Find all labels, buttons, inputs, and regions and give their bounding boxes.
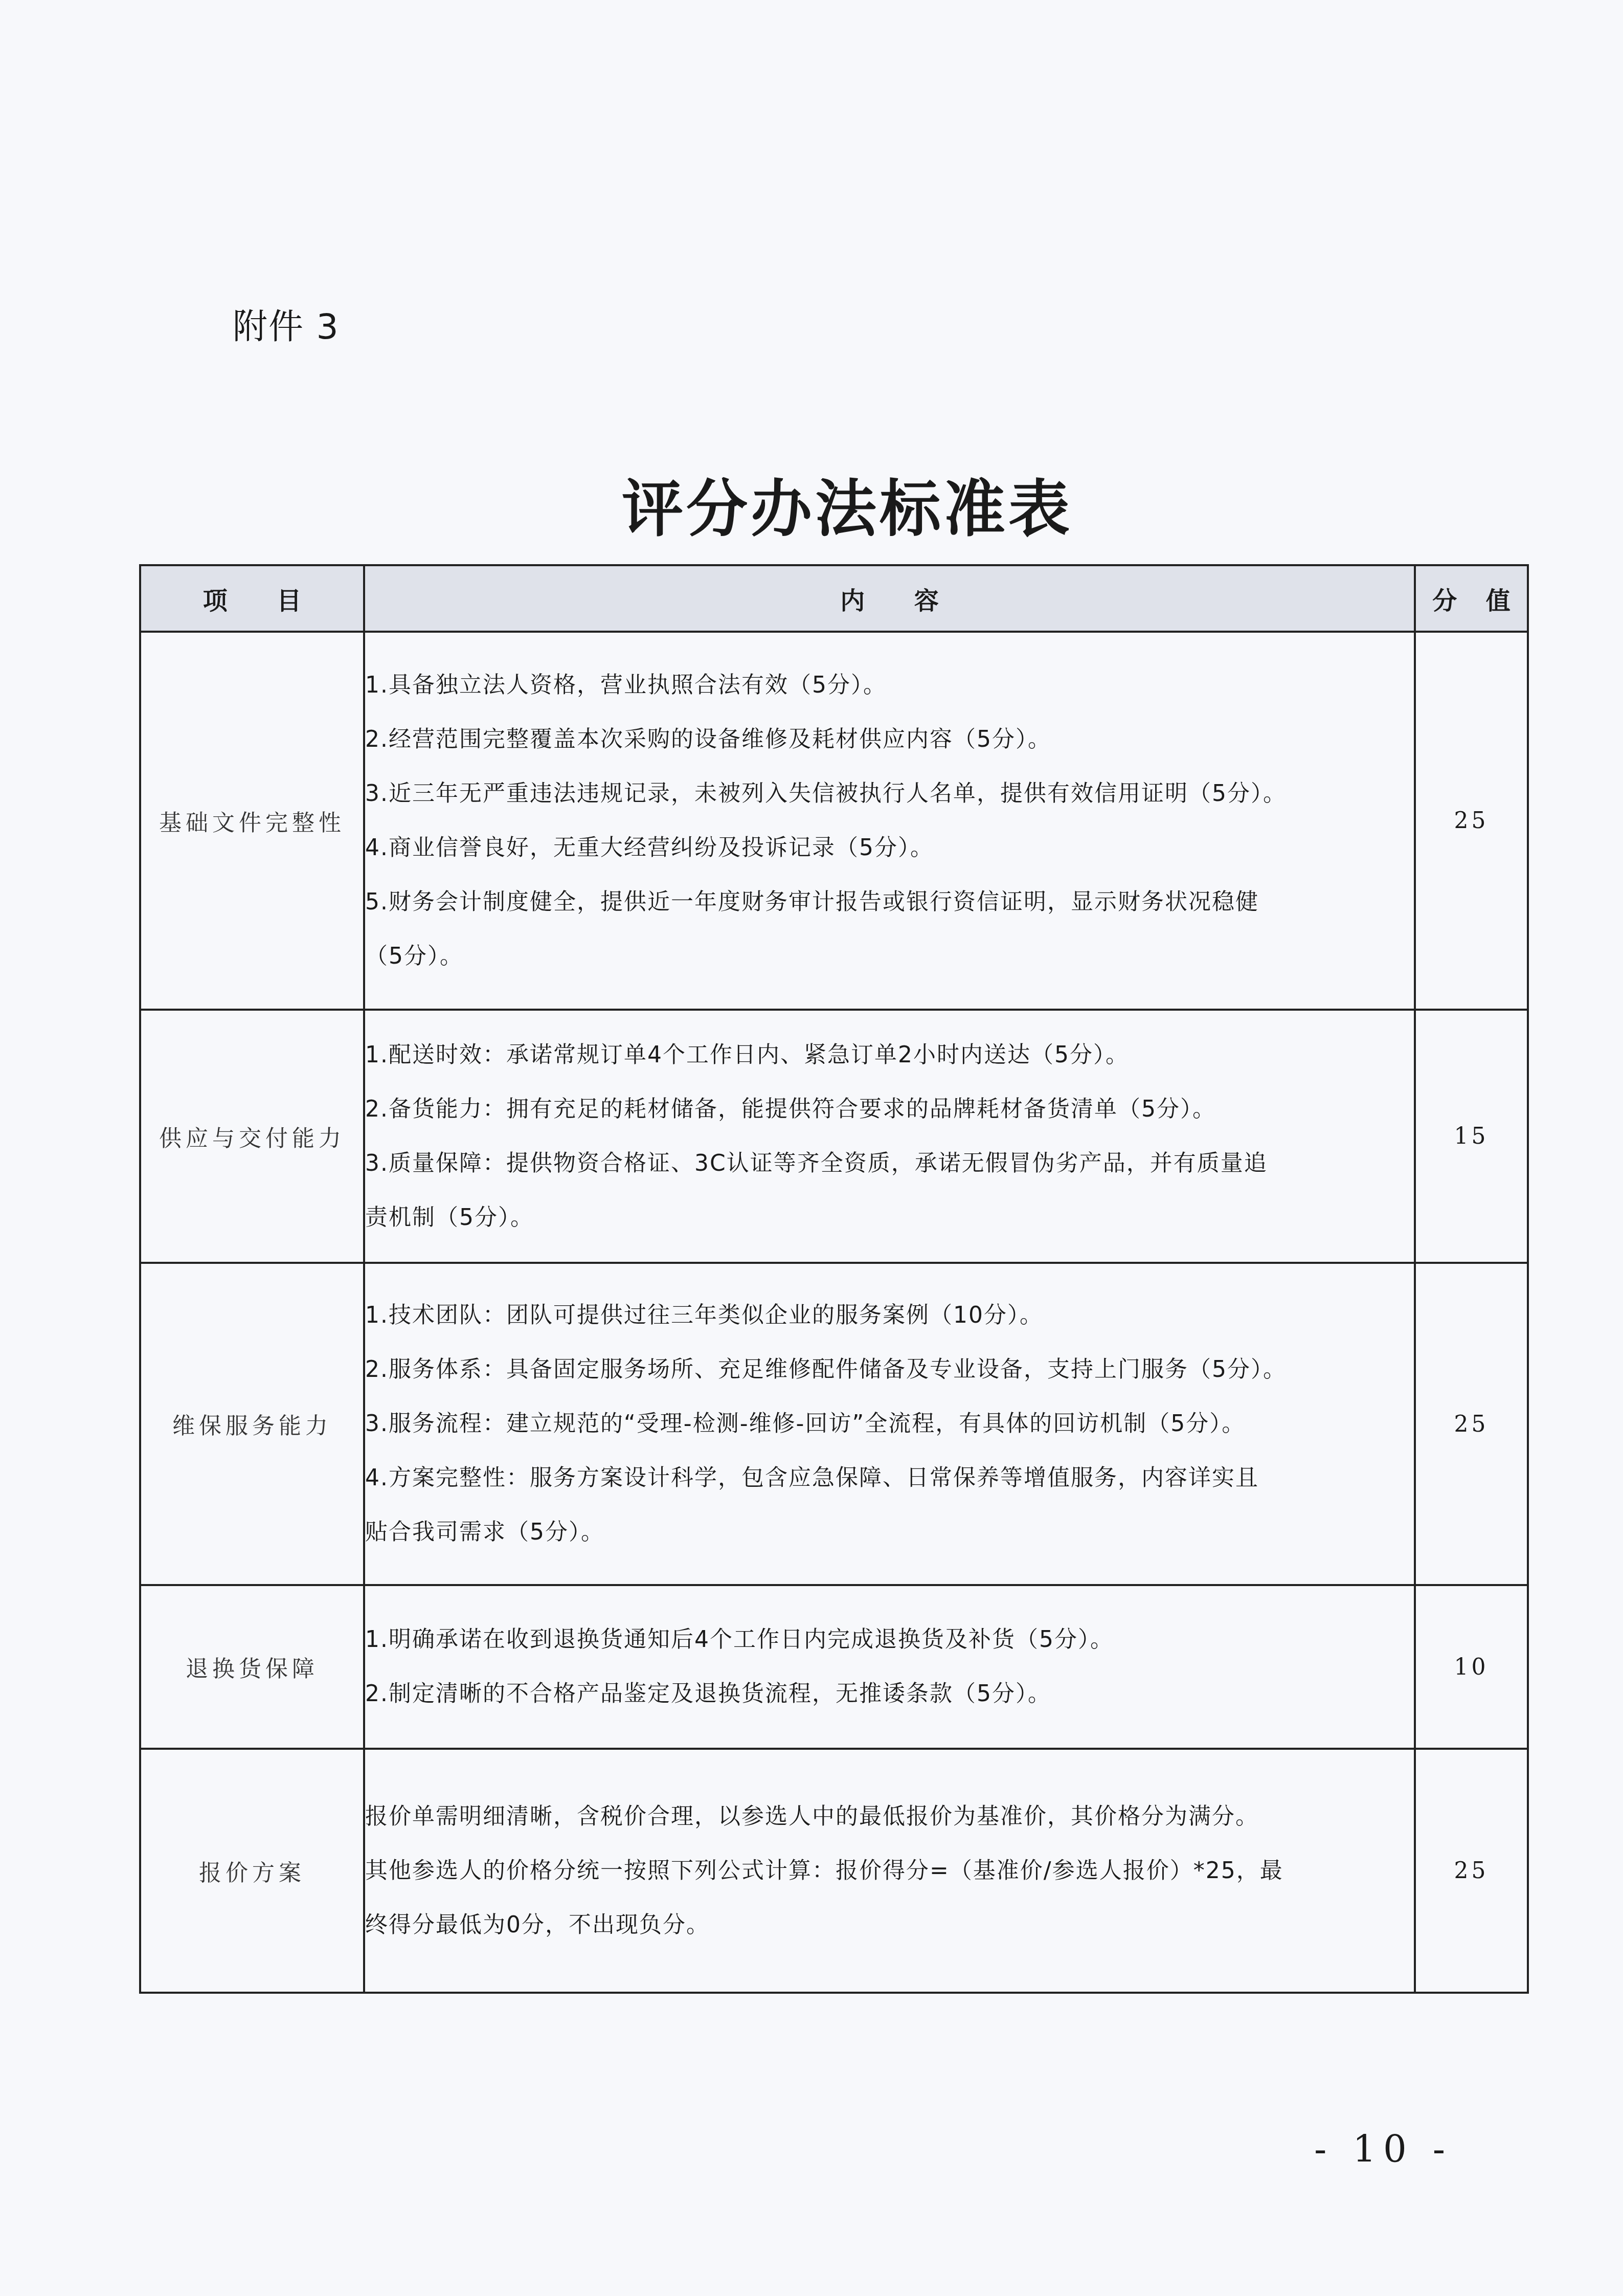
content-line: 3.服务流程：建立规范的“受理-检测-维修-回访”全流程，有具体的回访机制（5分… [365,1397,1414,1451]
content-line: 2.经营范围完整覆盖本次采购的设备维修及耗材供应内容（5分）。 [365,712,1414,767]
content-line: 1.明确承诺在收到退换货通知后4个工作日内完成退换货及补货（5分）。 [365,1613,1414,1667]
content-line: 4.方案完整性：服务方案设计科学，包含应急保障、日常保养等增值服务，内容详实且 [365,1451,1414,1505]
content-line: 5.财务会计制度健全，提供近一年度财务审计报告或银行资信证明，显示财务状况稳健 [365,875,1414,929]
content-line: 责机制（5分）。 [365,1191,1414,1245]
content-line: 3.质量保障：提供物资合格证、3C认证等齐全资质，承诺无假冒伪劣产品，并有质量追 [365,1136,1414,1191]
content-cell: 1.配送时效：承诺常规订单4个工作日内、紧急订单2小时内送达（5分）。 2.备货… [364,1010,1415,1263]
item-cell: 基础文件完整性 [140,632,364,1010]
score-cell: 25 [1415,1263,1528,1585]
table-row: 退换货保障 1.明确承诺在收到退换货通知后4个工作日内完成退换货及补货（5分）。… [140,1585,1528,1749]
table-row: 报价方案 报价单需明细清晰，含税价合理，以参选人中的最低报价为基准价，其价格分为… [140,1749,1528,1993]
content-line: 贴合我司需求（5分）。 [365,1505,1414,1559]
table-row: 维保服务能力 1.技术团队：团队可提供过往三年类似企业的服务案例（10分）。 2… [140,1263,1528,1585]
header-item: 项 目 [140,565,364,632]
content-line: 2.备货能力：拥有充足的耗材储备，能提供符合要求的品牌耗材备货清单（5分）。 [365,1082,1414,1136]
content-line: 报价单需明细清晰，含税价合理，以参选人中的最低报价为基准价，其价格分为满分。 [365,1790,1414,1844]
page-number: - 10 - [1314,2128,1452,2171]
table-header-row: 项 目 内 容 分 值 [140,565,1528,632]
content-line: 1.配送时效：承诺常规订单4个工作日内、紧急订单2小时内送达（5分）。 [365,1028,1414,1082]
header-content: 内 容 [364,565,1415,632]
content-line: 2.制定清晰的不合格产品鉴定及退换货流程，无推诿条款（5分）。 [365,1667,1414,1721]
score-cell: 25 [1415,632,1528,1010]
content-line: （5分）。 [365,929,1414,984]
item-cell: 供应与交付能力 [140,1010,364,1263]
content-line: 1.具备独立法人资格，营业执照合法有效（5分）。 [365,658,1414,712]
item-cell: 维保服务能力 [140,1263,364,1585]
content-cell: 1.具备独立法人资格，营业执照合法有效（5分）。 2.经营范围完整覆盖本次采购的… [364,632,1415,1010]
content-line: 其他参选人的价格分统一按照下列公式计算：报价得分=（基准价/参选人报价）*25，… [365,1844,1414,1898]
attachment-label: 附件 3 [233,299,340,349]
header-score: 分 值 [1415,565,1528,632]
table-row: 供应与交付能力 1.配送时效：承诺常规订单4个工作日内、紧急订单2小时内送达（5… [140,1010,1528,1263]
table-row: 基础文件完整性 1.具备独立法人资格，营业执照合法有效（5分）。 2.经营范围完… [140,632,1528,1010]
scoring-standard-table: 项 目 内 容 分 值 基础文件完整性 1.具备独立法人资格，营业执照合法有效（… [139,564,1529,1994]
document-title: 评分办法标准表 [0,460,1623,548]
content-line: 2.服务体系：具备固定服务场所、充足维修配件储备及专业设备，支持上门服务（5分）… [365,1343,1414,1397]
content-line: 终得分最低为0分，不出现负分。 [365,1898,1414,1952]
item-cell: 退换货保障 [140,1585,364,1749]
content-line: 4.商业信誉良好，无重大经营纠纷及投诉记录（5分）。 [365,821,1414,875]
content-cell: 报价单需明细清晰，含税价合理，以参选人中的最低报价为基准价，其价格分为满分。 其… [364,1749,1415,1993]
content-cell: 1.明确承诺在收到退换货通知后4个工作日内完成退换货及补货（5分）。 2.制定清… [364,1585,1415,1749]
content-line: 3.近三年无严重违法违规记录，未被列入失信被执行人名单，提供有效信用证明（5分）… [365,767,1414,821]
score-cell: 10 [1415,1585,1528,1749]
content-cell: 1.技术团队：团队可提供过往三年类似企业的服务案例（10分）。 2.服务体系：具… [364,1263,1415,1585]
score-cell: 15 [1415,1010,1528,1263]
score-cell: 25 [1415,1749,1528,1993]
item-cell: 报价方案 [140,1749,364,1993]
content-line: 1.技术团队：团队可提供过往三年类似企业的服务案例（10分）。 [365,1288,1414,1343]
